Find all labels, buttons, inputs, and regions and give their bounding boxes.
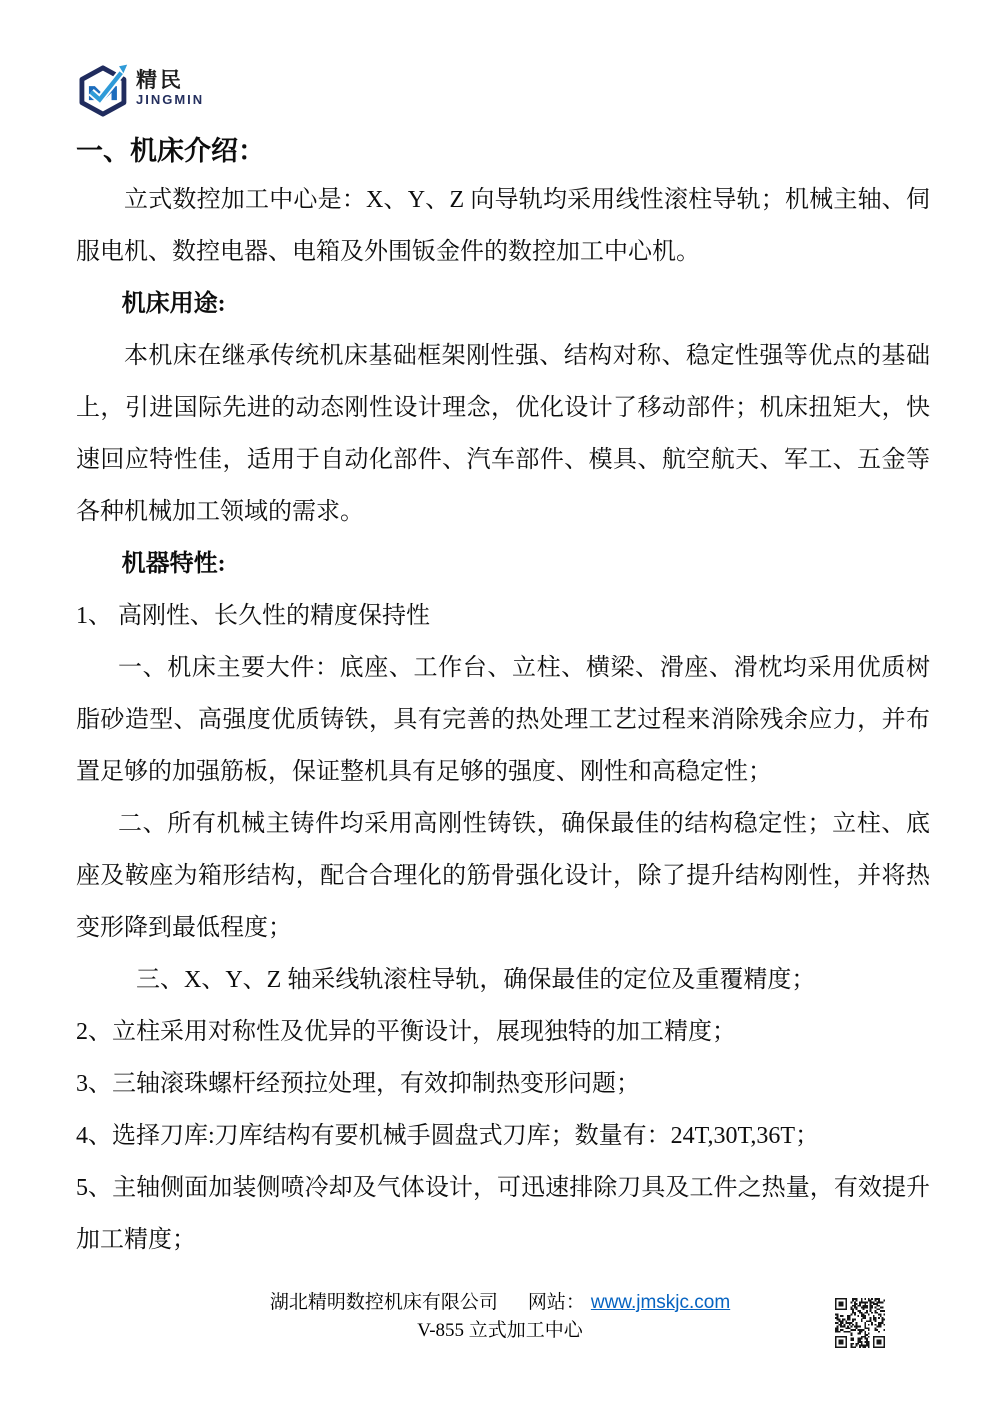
- feature-item-4: 4、选择刀库:刀库结构有要机械手圆盘式刀库；数量有：24T,30T,36T；: [76, 1110, 930, 1162]
- company-name: 湖北精明数控机床有限公司: [270, 1292, 498, 1313]
- website-label: 网站：: [528, 1292, 585, 1313]
- paragraph-feature-1a: 一、机床主要大件：底座、工作台、立柱、横梁、滑座、滑枕均采用优质树脂砂造型、高强…: [76, 642, 930, 798]
- company-logo: 精民 JINGMIN: [76, 64, 930, 118]
- paragraph-machine-use: 本机床在继承传统机床基础框架刚性强、结构对称、稳定性强等优点的基础上，引进国际先…: [76, 330, 930, 538]
- jingmin-logo-icon: [76, 64, 132, 118]
- subheading-machine-features: 机器特性:: [76, 538, 930, 590]
- document-page: 精民 JINGMIN 一、机床介绍： 立式数控加工中心是：X、Y、Z 向导轨均采…: [0, 0, 1000, 1414]
- brand-name-cn: 精民: [136, 70, 204, 92]
- website-link[interactable]: www.jmskjc.com: [591, 1292, 730, 1313]
- feature-item-1: 1、 高刚性、长久性的精度保持性: [76, 590, 930, 642]
- subheading-machine-use: 机床用途:: [76, 278, 930, 330]
- feature-item-2: 2、立柱采用对称性及优异的平衡设计，展现独特的加工精度；: [76, 1006, 930, 1058]
- feature-item-5: 5、主轴侧面加装侧喷冷却及气体设计，可迅速排除刀具及工件之热量，有效提升加工精度…: [76, 1162, 930, 1266]
- section-title: 一、机床介绍：: [76, 130, 930, 172]
- paragraph-feature-1b: 二、所有机械主铸件均采用高刚性铸铁，确保最佳的结构稳定性；立柱、底座及鞍座为箱形…: [76, 798, 930, 954]
- feature-item-3: 3、三轴滚珠螺杆经预拉处理，有效抑制热变形问题；: [76, 1058, 930, 1110]
- qr-code: [835, 1298, 885, 1348]
- brand-name-en: JINGMIN: [136, 92, 204, 108]
- paragraph-intro: 立式数控加工中心是：X、Y、Z 向导轨均采用线性滚柱导轨；机械主轴、伺服电机、数…: [76, 174, 930, 278]
- paragraph-feature-1c: 三、X、Y、Z 轴采线轨滚柱导轨，确保最佳的定位及重覆精度；: [76, 954, 930, 1006]
- document-body: 一、机床介绍： 立式数控加工中心是：X、Y、Z 向导轨均采用线性滚柱导轨；机械主…: [76, 130, 930, 1266]
